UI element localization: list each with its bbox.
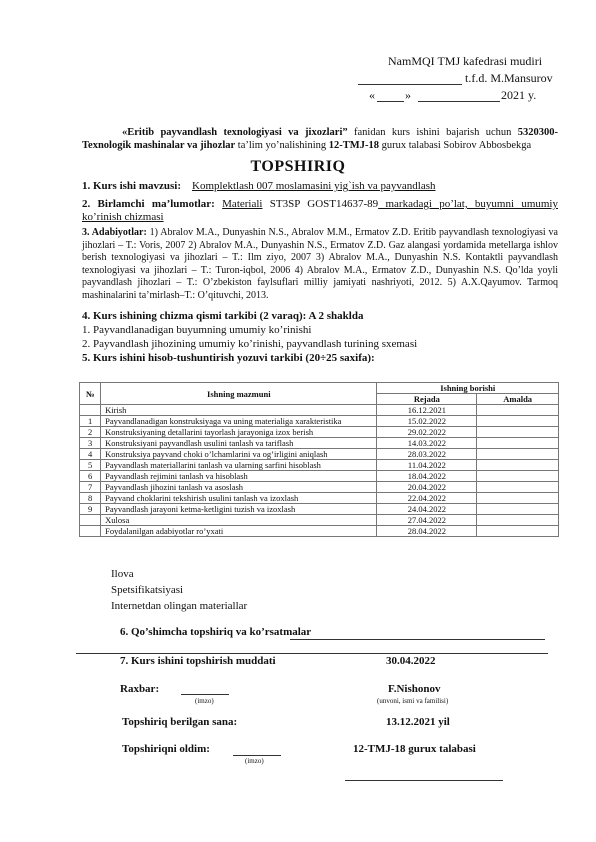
actual-date (477, 482, 559, 493)
actual-date (477, 471, 559, 482)
issued-label: Topshiriq berilgan sana: (122, 716, 237, 728)
section-2: 2. Birlamchi ma’lumotlar: Materiali ST3S… (82, 198, 558, 224)
num: 4 (80, 449, 101, 460)
section-4-item: 1. Payvandlanadigan buyumning umumiy ko’… (82, 324, 311, 337)
table-row: 9Payvandlash jarayoni ketma-ketligini tu… (80, 504, 559, 515)
table-row: 2Konstruksiyaning detallarini tayorlash … (80, 427, 559, 438)
table-row: Kirish16.12.2021 (80, 405, 559, 416)
intro-paragraph: «Eritib payvandlash texnologiyasi va jix… (82, 126, 558, 152)
planned-date: 28.03.2022 (377, 449, 477, 460)
task-description: Konstruksiyani payvandlash usulini tanla… (101, 438, 377, 449)
received-signature-line (233, 755, 281, 756)
num: 9 (80, 504, 101, 515)
task-description: Payvandlanadigan konstruksiyaga va uning… (101, 416, 377, 427)
num: 2 (80, 427, 101, 438)
approval-head: NamMQI TMJ kafedrasi mudiri (388, 53, 542, 70)
actual-date (477, 526, 559, 537)
task-description: Konstruksiya payvand choki o’lchamlarini… (101, 449, 377, 460)
table-row: 6Payvandlash rejimini tanlash va hisobla… (80, 471, 559, 482)
subject-name: «Eritib payvandlash texnologiyasi va jix… (122, 127, 348, 138)
task-description: Payvand choklarini tekshirish usulini ta… (101, 493, 377, 504)
planned-date: 27.04.2022 (377, 515, 477, 526)
task-description: Payvandlash jarayoni ketma-ketligini tuz… (101, 504, 377, 515)
actual-date (477, 405, 559, 416)
section-6-label: 6. Qo’shimcha topshiriq va ko’rsatmalar (120, 626, 311, 638)
col-planned: Rejada (377, 394, 477, 405)
planned-date: 29.02.2022 (377, 427, 477, 438)
section-4-item: 2. Payvandlash jihozining umumiy ko’rini… (82, 338, 417, 351)
planned-date: 20.04.2022 (377, 482, 477, 493)
approval-date-close: » (405, 87, 411, 104)
task-description: Konstruksiyaning detallarini tayorlash j… (101, 427, 377, 438)
col-progress: Ishning borishi (377, 383, 559, 394)
task-description: Kirish (101, 405, 377, 416)
table-row: 8Payvand choklarini tekshirish usulini t… (80, 493, 559, 504)
planned-date: 16.12.2021 (377, 405, 477, 416)
approval-head-name: t.f.d. M.Mansurov (465, 70, 553, 87)
actual-date (477, 449, 559, 460)
task-description: Foydalanilgan adabiyotlar ro’yxati (101, 526, 377, 537)
task-description: Payvandlash jihozini tanlash va asoslash (101, 482, 377, 493)
section-1: 1. Kurs ishi mavzusi: Komplektlash 007 m… (82, 180, 436, 193)
supervisor-caption: (unvoni, ismi va familisi) (377, 697, 448, 705)
actual-date (477, 504, 559, 515)
planned-date: 15.02.2022 (377, 416, 477, 427)
task-description: Xulosa (101, 515, 377, 526)
actual-date (477, 493, 559, 504)
task-description: Payvandlash materiallarini tanlash va ul… (101, 460, 377, 471)
planned-date: 14.03.2022 (377, 438, 477, 449)
table-row: Xulosa27.04.2022 (80, 515, 559, 526)
deadline-value: 30.04.2022 (386, 655, 436, 667)
num: 8 (80, 493, 101, 504)
signature-caption: (imzo) (195, 697, 214, 705)
col-content: Ishning mazmuni (101, 383, 377, 405)
table-row: 3Konstruksiyani payvandlash usulini tanl… (80, 438, 559, 449)
appendix-item: Ilova (111, 566, 134, 582)
group: 12-TMJ-18 (329, 140, 379, 151)
supervisor-label: Raxbar: (120, 683, 159, 695)
approval-month-line (418, 101, 500, 102)
col-actual: Amalda (477, 394, 559, 405)
actual-date (477, 438, 559, 449)
section-5: 5. Kurs ishini hisob-tushuntirish yozuvi… (82, 352, 375, 365)
table-row: 1Payvandlanadigan konstruksiyaga va unin… (80, 416, 559, 427)
section-4: 4. Kurs ishining chizma qismi tarkibi (2… (82, 310, 363, 323)
table-row: 7Payvandlash jihozini tanlash va asoslas… (80, 482, 559, 493)
appendix-item: Spetsifikatsiyasi (111, 582, 183, 598)
actual-date (477, 515, 559, 526)
planned-date: 18.04.2022 (377, 471, 477, 482)
num (80, 526, 101, 537)
approval-date-open: « (369, 87, 375, 104)
planned-date: 28.04.2022 (377, 526, 477, 537)
student-name-line (345, 780, 503, 781)
num: 5 (80, 460, 101, 471)
num: 6 (80, 471, 101, 482)
actual-date (477, 460, 559, 471)
num (80, 405, 101, 416)
num: 3 (80, 438, 101, 449)
actual-date (477, 427, 559, 438)
approval-day-line (377, 101, 404, 102)
planned-date: 24.04.2022 (377, 504, 477, 515)
num (80, 515, 101, 526)
table-row: Foydalanilgan adabiyotlar ro’yxati28.04.… (80, 526, 559, 537)
table-row: 5Payvandlash materiallarini tanlash va u… (80, 460, 559, 471)
approval-signature-line (358, 84, 462, 85)
section-6-line (290, 639, 545, 640)
table-row: 4Konstruksiya payvand choki o’lchamlarin… (80, 449, 559, 460)
work-plan-table: № Ishning mazmuni Ishning borishi Rejada… (79, 382, 559, 537)
supervisor-signature-line (181, 694, 229, 695)
page-title: TOPSHIRIQ (0, 158, 596, 176)
section-6-line-2 (76, 653, 548, 654)
received-label: Topshiriqni oldim: (122, 743, 210, 755)
appendix-item: Internetdan olingan materiallar (111, 598, 247, 614)
approval-year: 2021 y. (501, 87, 536, 104)
planned-date: 11.04.2022 (377, 460, 477, 471)
planned-date: 22.04.2022 (377, 493, 477, 504)
num: 7 (80, 482, 101, 493)
received-group: 12-TMJ-18 gurux talabasi (353, 743, 476, 755)
col-num: № (80, 383, 101, 405)
issued-date: 13.12.2021 yil (386, 716, 450, 728)
section-7-label: 7. Kurs ishini topshirish muddati (120, 655, 276, 667)
actual-date (477, 416, 559, 427)
course-topic: Komplektlash 007 moslamasini yig`ish va … (192, 180, 436, 192)
supervisor-name: F.Nishonov (388, 683, 440, 695)
received-signature-caption: (imzo) (245, 757, 264, 765)
section-3-literature: 3. Adabiyotlar: 1) Abralov M.A., Dunyash… (82, 227, 558, 302)
num: 1 (80, 416, 101, 427)
task-description: Payvandlash rejimini tanlash va hisoblas… (101, 471, 377, 482)
